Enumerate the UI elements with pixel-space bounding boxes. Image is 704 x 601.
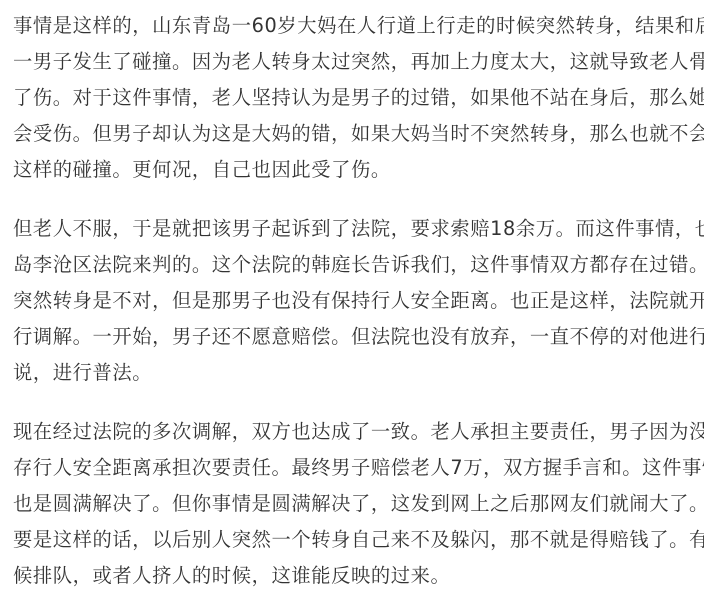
paragraph-1: 事情是这样的，山东青岛一60岁大妈在人行道上行走的时候突然转身，结果和后边的 一… bbox=[13, 8, 693, 188]
text-line: 这样的碰撞。更何况，自己也因此受了伤。 bbox=[13, 152, 693, 188]
text-line: 现在经过法院的多次调解，双方也达成了一致。老人承担主要责任，男子因为没有保 bbox=[13, 414, 693, 450]
text-line: 会受伤。但男子却认为这是大妈的错，如果大妈当时不突然转身，那么也就不会发生 bbox=[13, 116, 693, 152]
text-line: 岛李沧区法院来判的。这个法院的韩庭长告诉我们，这件事情双方都存在过错。老人 bbox=[13, 247, 693, 283]
text-line: 存行人安全距离承担次要责任。最终男子赔偿老人7万，双方握手言和。这件事情， bbox=[13, 450, 693, 486]
text-line: 但老人不服，于是就把该男子起诉到了法院，要求索赔18余万。而这件事情，也是青 bbox=[13, 211, 693, 247]
text-line: 要是这样的话，以后别人突然一个转身自己来不及躲闪，那不就是得赔钱了。有的时 bbox=[13, 522, 693, 558]
article-body: 事情是这样的，山东青岛一60岁大妈在人行道上行走的时候突然转身，结果和后边的 一… bbox=[13, 8, 693, 594]
text-line: 行调解。一开始，男子还不愿意赔偿。但法院也没有放弃，一直不停的对他进行劝 bbox=[13, 319, 693, 355]
paragraph-2: 但老人不服，于是就把该男子起诉到了法院，要求索赔18余万。而这件事情，也是青 岛… bbox=[13, 211, 693, 391]
text-line: 突然转身是不对，但是那男子也没有保持行人安全距离。也正是这样，法院就开始进 bbox=[13, 283, 693, 319]
paragraph-3: 现在经过法院的多次调解，双方也达成了一致。老人承担主要责任，男子因为没有保 存行… bbox=[13, 414, 693, 594]
text-line: 一男子发生了碰撞。因为老人转身太过突然，再加上力度太大，这就导致老人骨折受 bbox=[13, 44, 693, 80]
text-line: 了伤。对于这件事情，老人坚持认为是男子的过错，如果他不站在身后，那么她也不 bbox=[13, 80, 693, 116]
text-line: 说，进行普法。 bbox=[13, 355, 693, 391]
text-line: 也是圆满解决了。但你事情是圆满解决了，这发到网上之后那网友们就闹大了。因为 bbox=[13, 486, 693, 522]
text-line: 事情是这样的，山东青岛一60岁大妈在人行道上行走的时候突然转身，结果和后边的 bbox=[13, 8, 693, 44]
text-line: 候排队，或者人挤人的时候，这谁能反映的过来。 bbox=[13, 558, 693, 594]
